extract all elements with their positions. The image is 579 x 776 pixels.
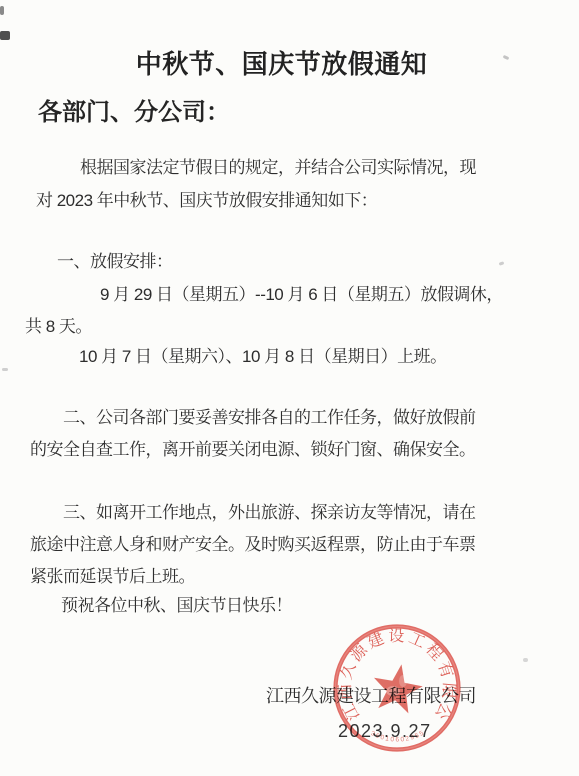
scan-artifact <box>0 6 4 15</box>
body-line: 10 月 7 日（星期六）、10 月 8 日（星期日）上班。 <box>79 345 447 369</box>
body-line: 的安全自查工作，离开前要关闭电源、锁好门窗、确保安全。 <box>30 438 476 462</box>
body-line: 共 8 天。 <box>25 315 92 339</box>
document-title: 中秋节、国庆节放假通知 <box>0 52 571 76</box>
document-page: 中秋节、国庆节放假通知 各部门、分公司： 根据国家法定节假日的规定，并结合公司实… <box>0 0 579 776</box>
body-line: 根据国家法定节假日的规定，并结合公司实际情况，现 <box>80 156 476 180</box>
body-line: 二、公司各部门要妥善安排各自的工作任务，做好放假前 <box>63 406 476 430</box>
body-line: 旅途中注意人身和财产安全。及时购买返程票，防止由于车票 <box>30 533 476 557</box>
scan-artifact <box>499 261 505 266</box>
scan-artifact <box>2 368 8 371</box>
body-line: 三、如离开工作地点，外出旅游、探亲访友等情况，请在 <box>63 501 476 525</box>
body-line: 预祝各位中秋、国庆节日快乐！ <box>61 594 292 618</box>
salutation: 各部门、分公司： <box>38 101 230 125</box>
seal-star-highlight <box>386 686 400 696</box>
body-line: 对 2023 年中秋节、国庆节放假安排通知如下： <box>36 189 377 213</box>
body-line: 9 月 29 日（星期五）--10 月 6 日（星期五）放假调休， <box>100 283 503 307</box>
seal-star-highlight <box>399 675 407 687</box>
body-line: 紧张而延误节后上班。 <box>30 565 195 589</box>
seal-ring-text: 江西久源建设工程有限公司 <box>330 621 458 724</box>
body-line: 一、放假安排： <box>57 250 173 274</box>
scan-artifact <box>523 658 528 662</box>
scan-artifact <box>0 31 10 40</box>
company-seal: 江西久源建设工程有限公司 3601060295531 <box>330 621 464 755</box>
